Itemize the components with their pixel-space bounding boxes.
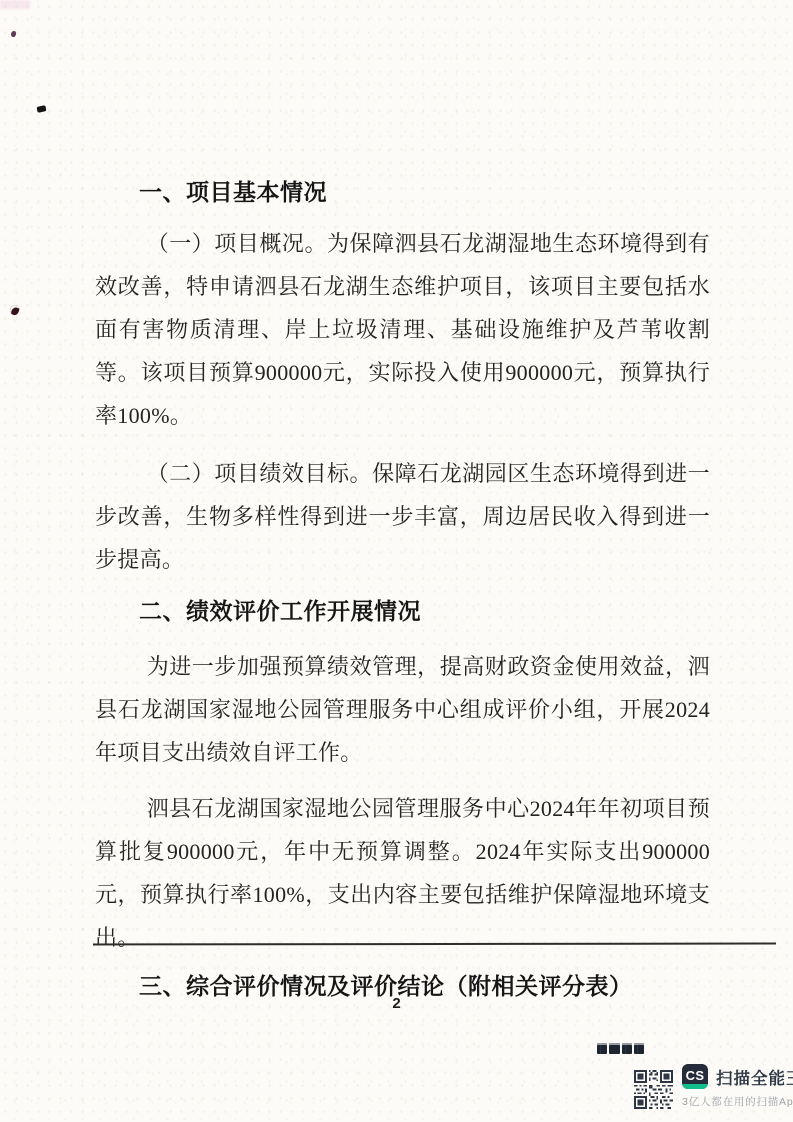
- scan-speck: [9, 304, 21, 316]
- paragraph-budget-execution: 泗县石龙湖国家湿地公园管理服务中心2024年年初项目预算批复900000元，年中…: [95, 787, 710, 959]
- scan-speck: [36, 105, 46, 113]
- qr-code-icon: [634, 1070, 673, 1109]
- watermark-app-name: 扫描全能王: [716, 1065, 793, 1089]
- camscanner-watermark: CS 扫描全能王 3亿人都在用的扫描App: [634, 1064, 793, 1109]
- camscanner-logo-text: CS: [686, 1068, 705, 1083]
- watermark-tagline: 3亿人都在用的扫描App: [682, 1094, 793, 1109]
- page-number: 2: [0, 995, 793, 1012]
- document-body: 一、项目基本情况 （一）项目概况。为保障泗县石龙湖湿地生态环境得到有效改善，特申…: [95, 171, 710, 1008]
- section-heading-evaluation-work: 二、绩效评价工作开展情况: [95, 590, 710, 633]
- paragraph-evaluation-team: 为进一步加强预算绩效管理，提高财政资金使用效益，泗县石龙湖国家湿地公园管理服务中…: [95, 645, 710, 774]
- paragraph-project-overview: （一）项目概况。为保障泗县石龙湖湿地生态环境得到有效改善，特申请泗县石龙湖生态维…: [95, 222, 710, 437]
- print-artifact-marks: [597, 1043, 644, 1054]
- scan-speck: [11, 31, 16, 37]
- scanned-document-page: 一、项目基本情况 （一）项目概况。为保障泗县石龙湖湿地生态环境得到有效改善，特申…: [0, 0, 793, 1122]
- paragraph-performance-goals: （二）项目绩效目标。保障石龙湖园区生态环境得到进一步改善，生物多样性得到进一步丰…: [95, 452, 710, 581]
- scan-corner-tint: [0, 0, 30, 9]
- section-heading-project-basics: 一、项目基本情况: [95, 171, 710, 214]
- camscanner-logo-icon: CS: [682, 1064, 708, 1089]
